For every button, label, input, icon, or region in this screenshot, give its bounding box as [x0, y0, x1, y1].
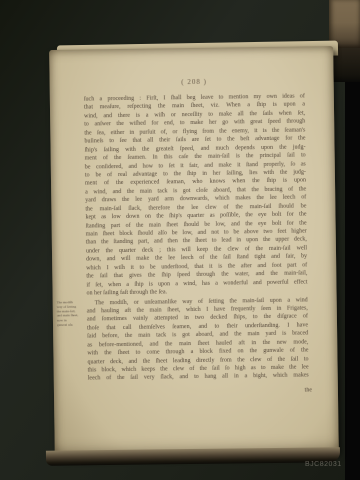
scanned-book-photo: ( 208 ) The modiſhway of ſettingthe main… [0, 0, 360, 480]
paragraph: ſuch a proceeding : Firſt, I ſhall beg l… [84, 92, 308, 298]
scan-id-watermark: BJC82031 [305, 461, 342, 468]
paragraph: The modiſh, or unſeamanlike way of ſetti… [87, 296, 309, 383]
book-page: ( 208 ) The modiſhway of ſettingthe main… [49, 46, 339, 458]
margin-note: The modiſhway of ſettingthe main-ſail,an… [57, 301, 85, 329]
page-number: ( 208 ) [84, 76, 305, 87]
body-text: ſuch a proceeding : Firſt, I ſhall beg l… [84, 92, 309, 383]
book-bottom-edge [46, 447, 340, 466]
catchword: the [305, 387, 312, 393]
text-line: leech of the ſail very ſlack, and to han… [88, 372, 309, 384]
text-line: general uſe. [57, 323, 85, 328]
